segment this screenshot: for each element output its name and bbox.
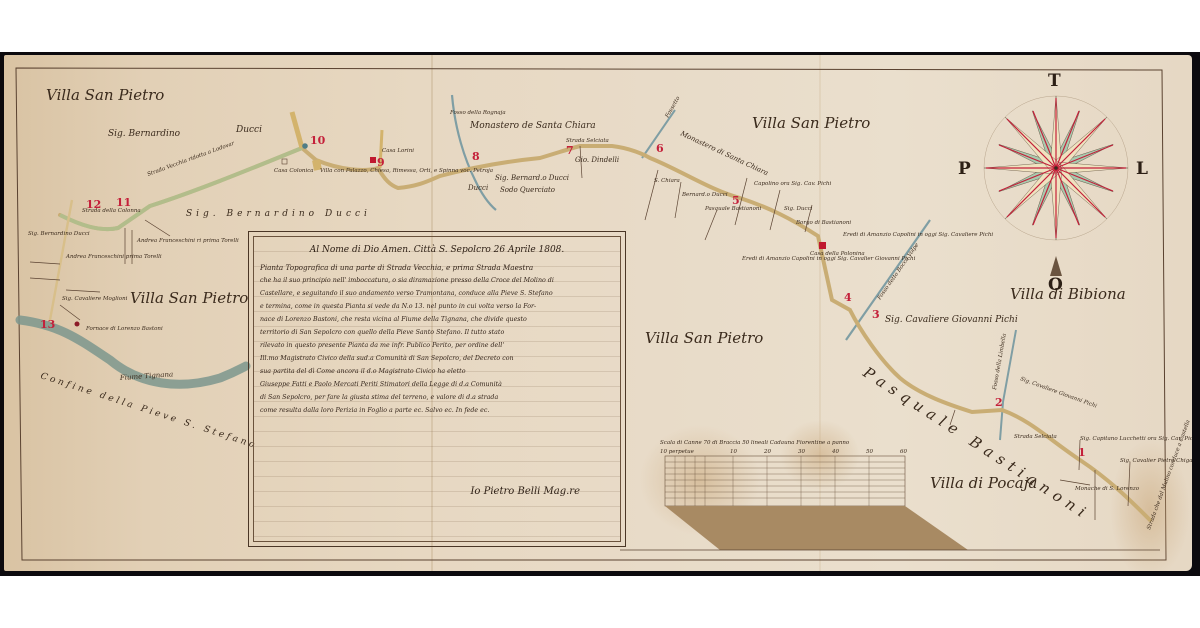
building-villa-petroja bbox=[370, 157, 376, 163]
svg-text:Sig. Bernard.o Ducci: Sig. Bernard.o Ducci bbox=[495, 174, 569, 182]
cartouche: Al Nome di Dio Amen. Città S. Sepolcro 2… bbox=[248, 231, 626, 547]
label-villa-di-bibiona: Villa di Bibiona bbox=[1010, 285, 1126, 303]
svg-text:Andrea Franceschini prima Tore: Andrea Franceschini prima Torelli bbox=[65, 254, 162, 260]
cartouche-signature: Io Pietro Belli Mag.re bbox=[470, 486, 580, 497]
svg-text:Bernard.o Ducci: Bernard.o Ducci bbox=[681, 192, 728, 198]
svg-text:Sig. Bernardino Ducci: Sig. Bernardino Ducci bbox=[186, 209, 371, 219]
scale-bar-base bbox=[665, 506, 968, 550]
svg-text:Casa Colonica: Casa Colonica bbox=[274, 168, 314, 174]
svg-text:Sig. Cavaliere Giovanni Pichi: Sig. Cavaliere Giovanni Pichi bbox=[1019, 376, 1097, 409]
svg-text:Fosso detto Bocca Volpe: Fosso detto Bocca Volpe bbox=[876, 242, 921, 302]
svg-text:Strada Selciata: Strada Selciata bbox=[1014, 434, 1057, 440]
bridge-marker bbox=[302, 143, 308, 149]
svg-text:Fosso della Rognaja: Fosso della Rognaja bbox=[449, 110, 506, 116]
cartouche-line: e termina, come in questa Pianta si vede… bbox=[260, 300, 614, 313]
svg-text:Fornace di Lorenzo Bastoni: Fornace di Lorenzo Bastoni bbox=[85, 326, 163, 332]
svg-text:Sig. Cavalier Pietro Chiga: Sig. Cavalier Pietro Chiga bbox=[1120, 458, 1192, 464]
svg-text:50: 50 bbox=[866, 449, 873, 455]
svg-text:Sig. Bernardino: Sig. Bernardino bbox=[108, 129, 181, 139]
svg-text:Borgo di Bastianoni: Borgo di Bastianoni bbox=[795, 220, 851, 226]
svg-text:Sig. Cavaliere Moglioni: Sig. Cavaliere Moglioni bbox=[62, 296, 128, 302]
cartouche-line: come resulta dalla loro Perizia in Fogli… bbox=[260, 404, 614, 417]
svg-text:Capolino ora Sig. Cav. Pichi: Capolino ora Sig. Cav. Pichi bbox=[754, 181, 831, 187]
svg-text:10: 10 bbox=[730, 449, 737, 455]
svg-text:20: 20 bbox=[763, 449, 771, 455]
compass-label-south: O bbox=[1048, 275, 1063, 295]
svg-text:9: 9 bbox=[377, 156, 385, 169]
svg-text:Casa Lorini: Casa Lorini bbox=[382, 148, 414, 154]
svg-text:12: 12 bbox=[86, 198, 101, 211]
side-road-stub bbox=[316, 160, 318, 170]
svg-text:3: 3 bbox=[872, 308, 880, 321]
compass-rose: T P L O bbox=[958, 71, 1148, 295]
svg-text:Ducci: Ducci bbox=[235, 125, 262, 135]
svg-text:7: 7 bbox=[566, 144, 574, 157]
label-villa-san-pietro-w: Villa San Pietro bbox=[130, 289, 248, 307]
svg-text:Sig. Cavaliere Giovanni Pichi: Sig. Cavaliere Giovanni Pichi bbox=[885, 315, 1018, 325]
svg-text:Eredi di Amanzio Capolini in o: Eredi di Amanzio Capolini in oggi Sig. C… bbox=[741, 256, 916, 262]
svg-text:8: 8 bbox=[472, 150, 480, 163]
cartouche-line: Pianta Topografica di una parte di Strad… bbox=[260, 261, 614, 274]
compass-label-west: P bbox=[958, 159, 971, 179]
scale-title: Scala di Canne 70 di Braccia 50 lineali … bbox=[660, 440, 850, 446]
svg-text:6: 6 bbox=[656, 142, 664, 155]
label-villa-san-pietro-n: Villa San Pietro bbox=[752, 114, 870, 132]
compass-label-north: T bbox=[1048, 71, 1061, 91]
compass-label-east: L bbox=[1136, 159, 1148, 179]
cartouche-line: Giuseppe Fatti e Paolo Mercati Periti St… bbox=[260, 378, 614, 391]
label-monastero-santa-chiara: Monastero de Santa Chiara bbox=[469, 121, 596, 131]
svg-text:10: 10 bbox=[310, 134, 326, 147]
svg-text:13: 13 bbox=[40, 318, 55, 331]
svg-text:Monastero di Santa Chiara: Monastero di Santa Chiara bbox=[678, 129, 769, 177]
svg-text:Sodo Querciato: Sodo Querciato bbox=[500, 186, 555, 194]
svg-text:Fosso della Limbella: Fosso della Limbella bbox=[992, 333, 1008, 391]
svg-text:1: 1 bbox=[1078, 446, 1086, 459]
compass-south-pointer bbox=[1050, 256, 1062, 276]
svg-text:Andrea Franceschini ri prima T: Andrea Franceschini ri prima Torelli bbox=[136, 238, 239, 244]
cartouche-line: nace di Lorenzo Bastoni, che resta vicin… bbox=[260, 313, 614, 326]
svg-text:60: 60 bbox=[900, 449, 907, 455]
svg-text:5: 5 bbox=[732, 194, 740, 207]
svg-text:30: 30 bbox=[798, 449, 805, 455]
cartouche-line: rilevato in questo presente Pianta da me… bbox=[260, 339, 614, 352]
svg-text:Eredi di Amanzio Capolini in o: Eredi di Amanzio Capolini in oggi Sig. C… bbox=[842, 232, 993, 238]
cartouche-line: sua partita del dì Come ancora il d.o Ma… bbox=[260, 365, 614, 378]
cartouche-body: Pianta Topografica di una parte di Strad… bbox=[260, 261, 614, 417]
parchment-map: Villa San Pietro Villa San Pietro Villa … bbox=[4, 55, 1192, 571]
svg-text:Sig. Ducci: Sig. Ducci bbox=[784, 206, 813, 212]
side-road-west bbox=[50, 200, 72, 320]
svg-text:Ducci: Ducci bbox=[467, 184, 488, 192]
water-stain bbox=[780, 420, 860, 490]
svg-text:Fossetto: Fossetto bbox=[664, 95, 682, 120]
label-villa-san-pietro-nw: Villa San Pietro bbox=[46, 86, 164, 104]
side-road-north bbox=[292, 112, 302, 148]
map-image-frame: Villa San Pietro Villa San Pietro Villa … bbox=[0, 52, 1200, 576]
svg-text:10 perpetue: 10 perpetue bbox=[660, 449, 695, 455]
svg-text:Monache di S. Lorenzo: Monache di S. Lorenzo bbox=[1074, 486, 1140, 492]
svg-text:Villa con Palazzo, Chiesa, Rim: Villa con Palazzo, Chiesa, Rimessa, Orti… bbox=[320, 168, 493, 174]
svg-text:Gio. Dindelli: Gio. Dindelli bbox=[575, 156, 619, 164]
building-casa-polonina bbox=[819, 242, 826, 249]
cartouche-line: di San Sepolcro, per fare la giusta stim… bbox=[260, 391, 614, 404]
cartouche-line: Castellare, e seguitando il suo andament… bbox=[260, 287, 614, 300]
building-casa-colonica bbox=[282, 159, 287, 164]
svg-text:2: 2 bbox=[995, 396, 1003, 409]
svg-text:Strada Vecchia ridotta a Lodov: Strada Vecchia ridotta a Lodovar bbox=[147, 141, 236, 178]
cartouche-heading: Al Nome di Dio Amen. Città S. Sepolcro 2… bbox=[260, 245, 614, 255]
svg-text:4: 4 bbox=[844, 291, 852, 304]
label-villa-san-pietro-c: Villa San Pietro bbox=[645, 329, 763, 347]
svg-text:11: 11 bbox=[116, 196, 131, 209]
svg-text:Sig. Bernardino Ducci: Sig. Bernardino Ducci bbox=[28, 231, 90, 237]
svg-text:S. Chiara: S. Chiara bbox=[654, 178, 680, 184]
cartouche-line: territorio di San Sepolcro con quello de… bbox=[260, 326, 614, 339]
cartouche-line: Ill.mo Magistrato Civico della sud.a Com… bbox=[260, 352, 614, 365]
fornace-marker bbox=[75, 322, 80, 327]
cartouche-line: che ha il suo principio nell' imboccatur… bbox=[260, 274, 614, 287]
svg-text:Sig. Capitano Lucchetti ora Si: Sig. Capitano Lucchetti ora Sig. Cav. Pi… bbox=[1080, 436, 1192, 442]
svg-text:40: 40 bbox=[831, 449, 839, 455]
